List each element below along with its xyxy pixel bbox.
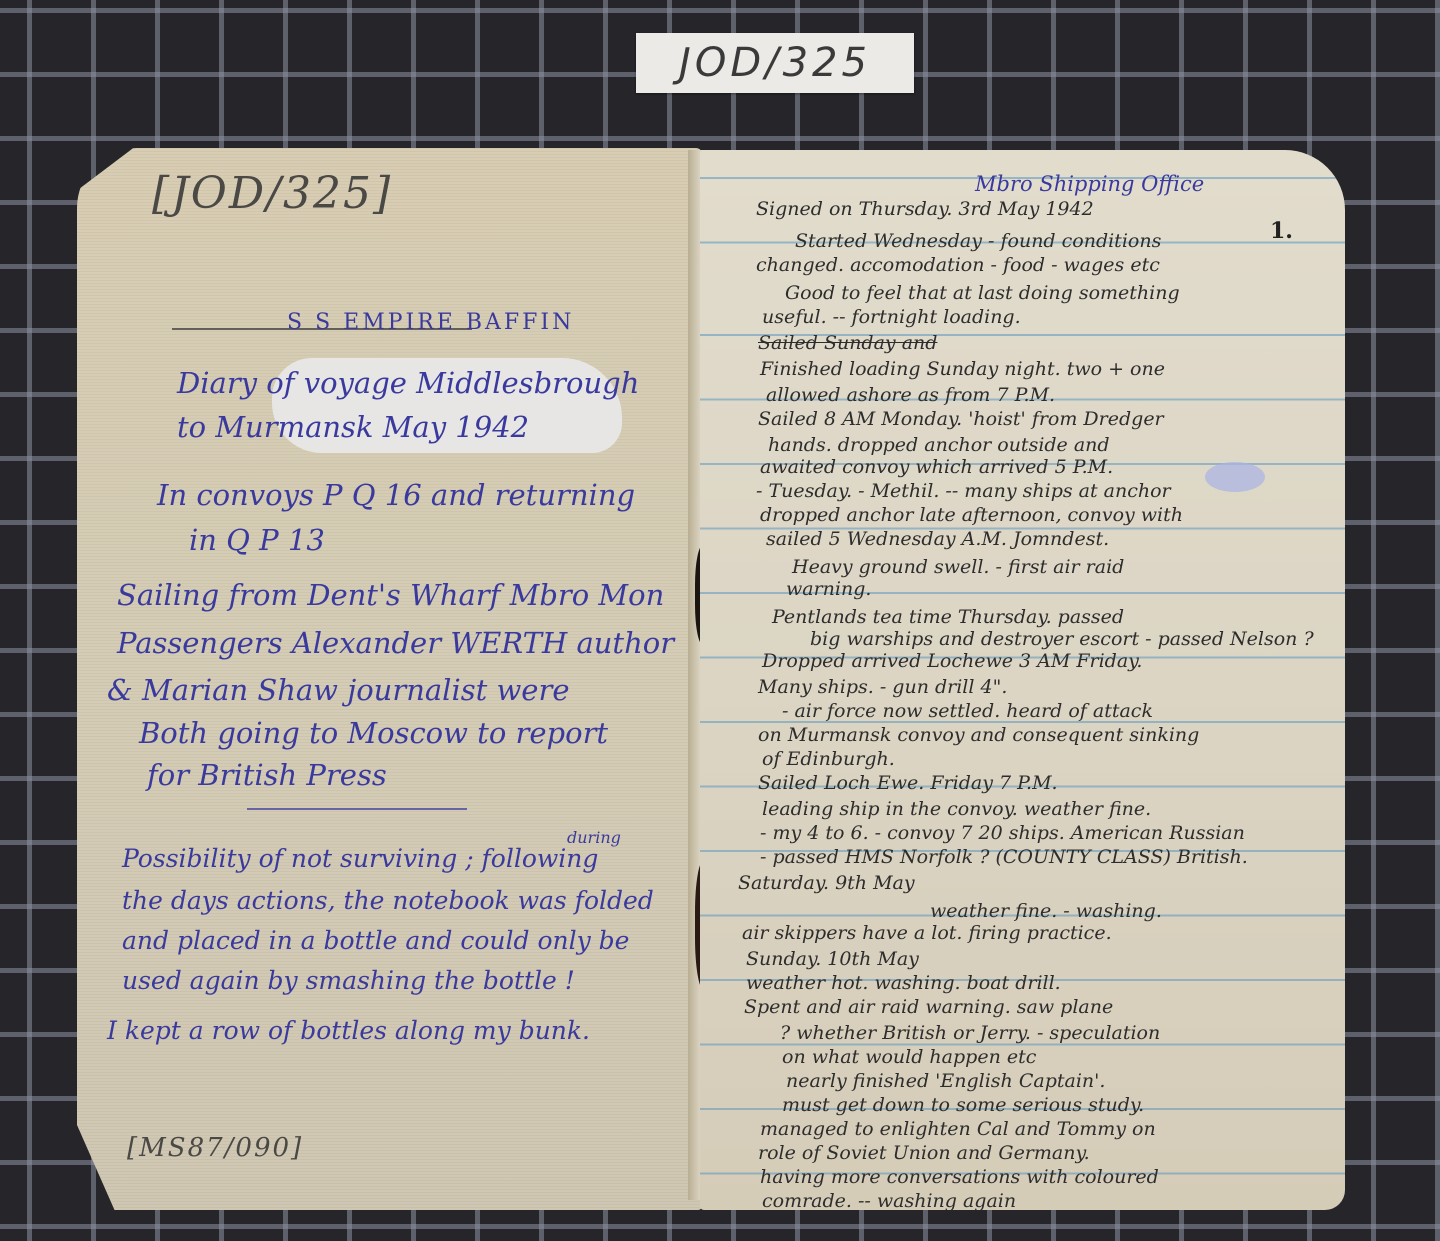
diary-line: Sailed Sunday and: [758, 332, 937, 354]
passengers-line-3: Both going to Moscow to report: [139, 716, 608, 750]
note-line-1: Possibility of not surviving ; following: [122, 844, 598, 873]
ship-name: S S EMPIRE BAFFIN: [287, 310, 574, 335]
title-line-1: Diary of voyage Middlesbrough: [177, 366, 639, 400]
passengers-line-1: Passengers Alexander WERTH author: [117, 626, 674, 660]
diary-line: useful. -- fortnight loading.: [762, 306, 1021, 328]
diary-line: changed. accomodation - food - wages etc: [756, 254, 1160, 276]
section-divider: [247, 808, 467, 810]
diary-line: weather fine. - washing.: [930, 900, 1162, 922]
diary-line: Many ships. - gun drill 4".: [758, 676, 1007, 698]
diary-line: Finished loading Sunday night. two + one: [760, 358, 1165, 380]
diary-line: on what would happen etc: [782, 1046, 1036, 1068]
diary-line: role of Soviet Union and Germany.: [758, 1142, 1090, 1164]
diary-line: having more conversations with coloured: [760, 1166, 1159, 1188]
diary-line: Sailed 8 AM Monday. 'hoist' from Dredger: [758, 408, 1164, 430]
diary-line: hands. dropped anchor outside and: [768, 434, 1110, 456]
diary-line: Spent and air raid warning. saw plane: [744, 996, 1113, 1018]
title-line-2: to Murmansk May 1942: [177, 410, 529, 444]
diary-line: air skippers have a lot. firing practice…: [742, 922, 1112, 944]
header-annotation: Mbro Shipping Office: [975, 172, 1204, 196]
diary-line: dropped anchor late afternoon, convoy wi…: [760, 504, 1183, 526]
passengers-line-2: & Marian Shaw journalist were: [107, 673, 570, 707]
diary-line: comrade. -- washing again: [762, 1190, 1016, 1210]
diary-line: on Murmansk convoy and consequent sinkin…: [758, 724, 1199, 746]
diary-line: - passed HMS Norfolk ? (COUNTY CLASS) Br…: [760, 846, 1248, 868]
diary-line: Started Wednesday - found conditions: [795, 230, 1161, 252]
diary-line: leading ship in the convoy. weather fine…: [762, 798, 1151, 820]
diary-line: managed to enlighten Cal and Tommy on: [760, 1118, 1156, 1140]
diary-line: weather hot. washing. boat drill.: [746, 972, 1061, 994]
left-page: [JOD/325] S S EMPIRE BAFFIN Diary of voy…: [77, 148, 702, 1210]
diary-line: Signed on Thursday. 3rd May 1942: [756, 198, 1094, 220]
diary-line: of Edinburgh.: [762, 748, 895, 770]
archive-label: JOD/325: [636, 33, 914, 93]
note-line-5: I kept a row of bottles along my bunk.: [107, 1016, 590, 1045]
reference-number-bottom: [MS87/090]: [127, 1133, 303, 1163]
diary-line: awaited convoy which arrived 5 P.M.: [760, 456, 1113, 478]
anchor-stamp: [1205, 462, 1265, 492]
diary-line: big warships and destroyer escort - pass…: [810, 628, 1314, 650]
diary-line: sailed 5 Wednesday A.M. Jomndest.: [766, 528, 1109, 550]
passengers-line-4: for British Press: [147, 758, 387, 792]
convoy-line-2: in Q P 13: [189, 523, 325, 557]
diary-line: allowed ashore as from 7 P.M.: [766, 384, 1055, 406]
diary-line: Heavy ground swell. - first air raid: [792, 556, 1124, 578]
page-number: 1.: [1270, 218, 1293, 244]
note-line-3: and placed in a bottle and could only be: [122, 926, 629, 955]
convoy-line-1: In convoys P Q 16 and returning: [157, 478, 635, 512]
diary-line: Sailed Loch Ewe. Friday 7 P.M.: [758, 772, 1058, 794]
diary-line: Pentlands tea time Thursday. passed: [772, 606, 1124, 628]
diary-line: Saturday. 9th May: [738, 872, 915, 894]
note-line-2: the days actions, the notebook was folde…: [122, 886, 654, 915]
note-line-4: used again by smashing the bottle !: [122, 966, 575, 995]
diary-line: ? whether British or Jerry. - speculatio…: [780, 1022, 1160, 1044]
sailing-line: Sailing from Dent's Wharf Mbro Mon: [117, 578, 664, 612]
diary-line: - my 4 to 6. - convoy 7 20 ships. Americ…: [760, 822, 1245, 844]
diary-line: nearly finished 'English Captain'.: [786, 1070, 1105, 1092]
diary-line: - air force now settled. heard of attack: [782, 700, 1153, 722]
right-page: Mbro Shipping Office Signed on Thursday.…: [700, 150, 1345, 1210]
diary-line: must get down to some serious study.: [782, 1094, 1144, 1116]
diary-line: Sunday. 10th May: [746, 948, 919, 970]
diary-line: Dropped arrived Lochewe 3 AM Friday.: [762, 650, 1142, 672]
diary-line: warning.: [786, 578, 871, 600]
diary-line: - Tuesday. - Methil. -- many ships at an…: [756, 480, 1171, 502]
diary-line: Good to feel that at last doing somethin…: [785, 282, 1180, 304]
reference-number-top: [JOD/325]: [152, 168, 392, 219]
